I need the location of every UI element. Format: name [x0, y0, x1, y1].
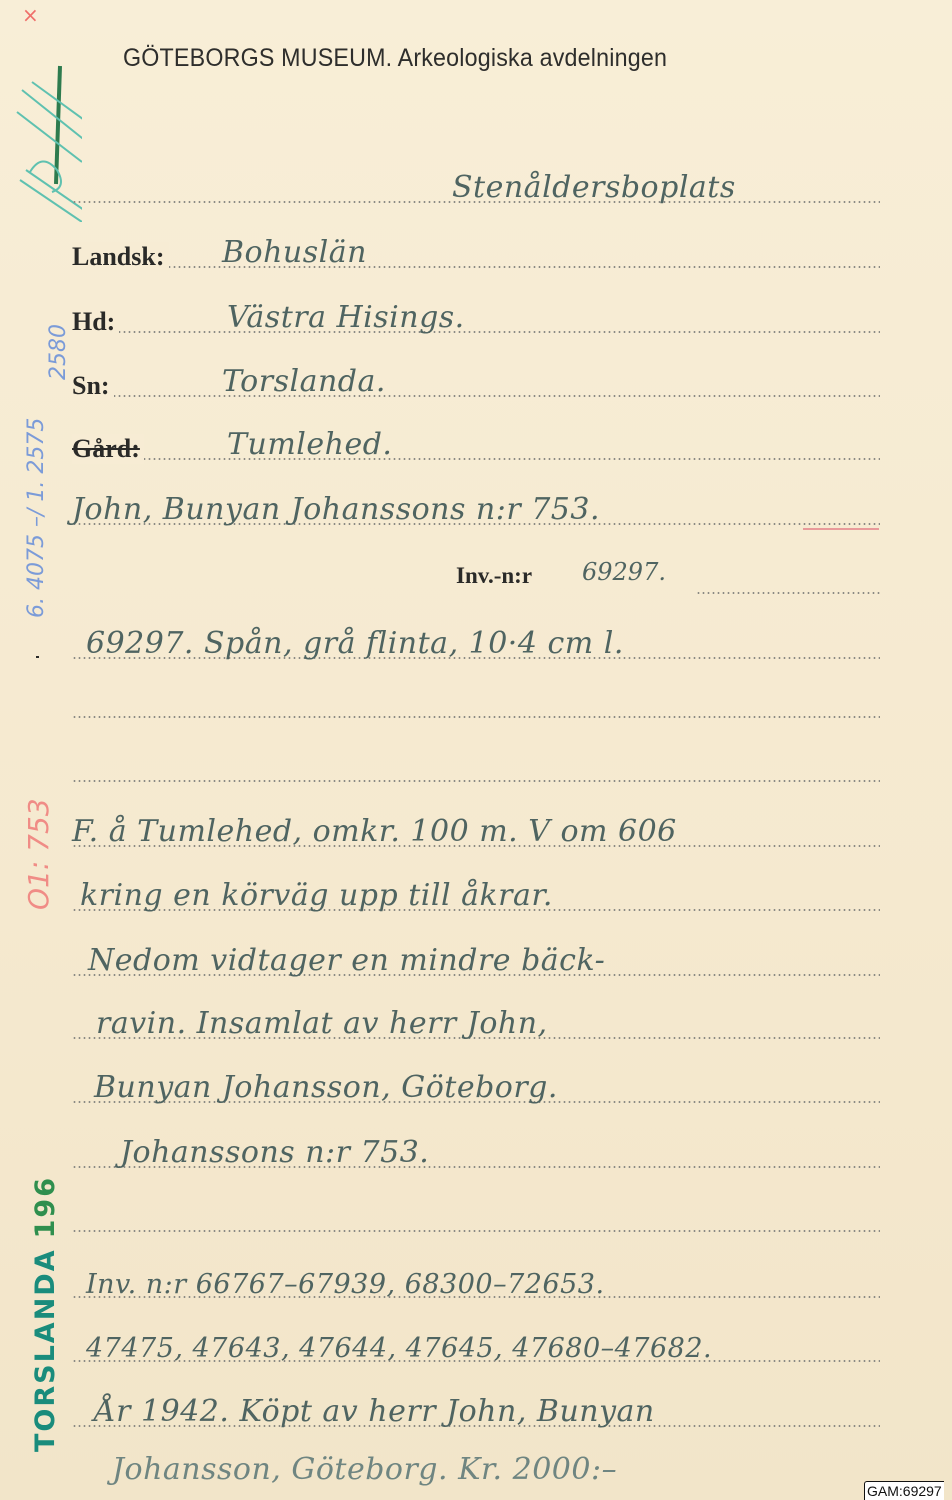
line-text: 69297. Spån, grå flinta, 10·4 cm l. — [86, 626, 624, 661]
dotted-line — [72, 395, 880, 397]
line-text: ravin. Insamlat av herr John, — [96, 1006, 548, 1041]
inventory-row — [456, 554, 880, 594]
field-label: Hd: — [72, 307, 119, 337]
field-label: Gård: — [72, 434, 144, 464]
line-text: Inv. n:r 66767–67939, 68300–72653. — [86, 1269, 605, 1300]
museum-header: GÖTEBORGS MUSEUM. Arkeologiska avdelning… — [123, 44, 667, 73]
text-line — [72, 1192, 880, 1232]
red-underline — [803, 528, 879, 530]
text-line: kring en körväg upp till åkrar. — [72, 871, 880, 911]
text-line: ravin. Insamlat av herr John, — [72, 999, 880, 1039]
line-text: Nedom vidtager en mindre bäck- — [88, 943, 605, 978]
text-line: 47475, 47643, 47644, 47645, 47680–47682. — [72, 1322, 880, 1362]
dotted-line — [72, 458, 880, 460]
line-text: kring en körväg upp till åkrar. — [80, 878, 553, 913]
field-value: Västra Hisings. — [227, 300, 465, 335]
text-line — [72, 678, 880, 718]
parish-stamp: TORSLANDA196 — [30, 1176, 61, 1452]
line-text: Johansson, Göteborg. Kr. 2000:– — [112, 1452, 617, 1487]
field-row-sn: Sn: Torslanda. — [72, 357, 880, 397]
field-value: Bohuslän — [222, 235, 367, 270]
field-label: Landsk: — [72, 242, 169, 272]
dotted-line — [72, 266, 880, 268]
blue-pencil-note-2: 2580 — [46, 324, 71, 380]
line-text: F. å Tumlehed, omkr. 100 m. V om 606 — [72, 814, 677, 849]
dotted-line — [72, 780, 880, 782]
dotted-line — [72, 331, 880, 333]
text-line: Inv. n:r 66767–67939, 68300–72653. — [72, 1258, 880, 1298]
field-row-gard: Gård: Tumlehed. — [72, 420, 880, 460]
text-line: Johansson, Göteborg. Kr. 2000:– — [72, 1445, 912, 1485]
text-line: F. å Tumlehed, omkr. 100 m. V om 606 — [72, 807, 880, 847]
text-line: Bunyan Johansson, Göteborg. — [72, 1063, 880, 1103]
ink-speck — [36, 656, 39, 658]
red-x-mark: × — [22, 3, 39, 27]
line-text: 47475, 47643, 47644, 47645, 47680–47682. — [86, 1333, 712, 1364]
text-line: 69297. Spån, grå flinta, 10·4 cm l. — [72, 619, 880, 659]
stamp-text: TORSLANDA — [30, 1248, 61, 1452]
dotted-line — [696, 592, 880, 594]
title-row: Stenåldersboplats — [72, 163, 880, 203]
text-line: Johanssons n:r 753. — [72, 1128, 880, 1168]
text-line: År 1942. Köpt av herr John, Bunyan — [72, 1387, 880, 1427]
blue-pencil-note: 6. 4075 –/ 1. 2575 — [24, 418, 49, 618]
dotted-line — [72, 1230, 880, 1232]
field-row-hd: Hd: Västra Hisings. — [72, 293, 880, 333]
text-line: Nedom vidtager en mindre bäck- — [72, 936, 880, 976]
field-value: Tumlehed. — [227, 427, 392, 462]
collector-row: John, Bunyan Johanssons n:r 753. — [72, 485, 880, 525]
red-pencil-note: O1: 753 — [22, 798, 55, 910]
field-value: Torslanda. — [222, 364, 386, 399]
site-type-text: Stenåldersboplats — [452, 170, 736, 205]
field-row-landsk: Landsk: Bohuslän — [72, 228, 880, 268]
id-label: GAM:69297 — [864, 1481, 944, 1500]
line-text: Bunyan Johansson, Göteborg. — [94, 1070, 558, 1105]
catalog-card: × GÖTEBORGS MUSEUM. Arkeologiska avdelni… — [0, 0, 952, 1500]
collector-text: John, Bunyan Johanssons n:r 753. — [72, 492, 600, 527]
text-line — [72, 742, 880, 782]
dotted-line — [72, 716, 880, 718]
line-text: År 1942. Köpt av herr John, Bunyan — [94, 1394, 655, 1429]
line-text: Johanssons n:r 753. — [120, 1135, 429, 1170]
field-label: Sn: — [72, 371, 114, 401]
stamp-number: 196 — [30, 1176, 61, 1238]
